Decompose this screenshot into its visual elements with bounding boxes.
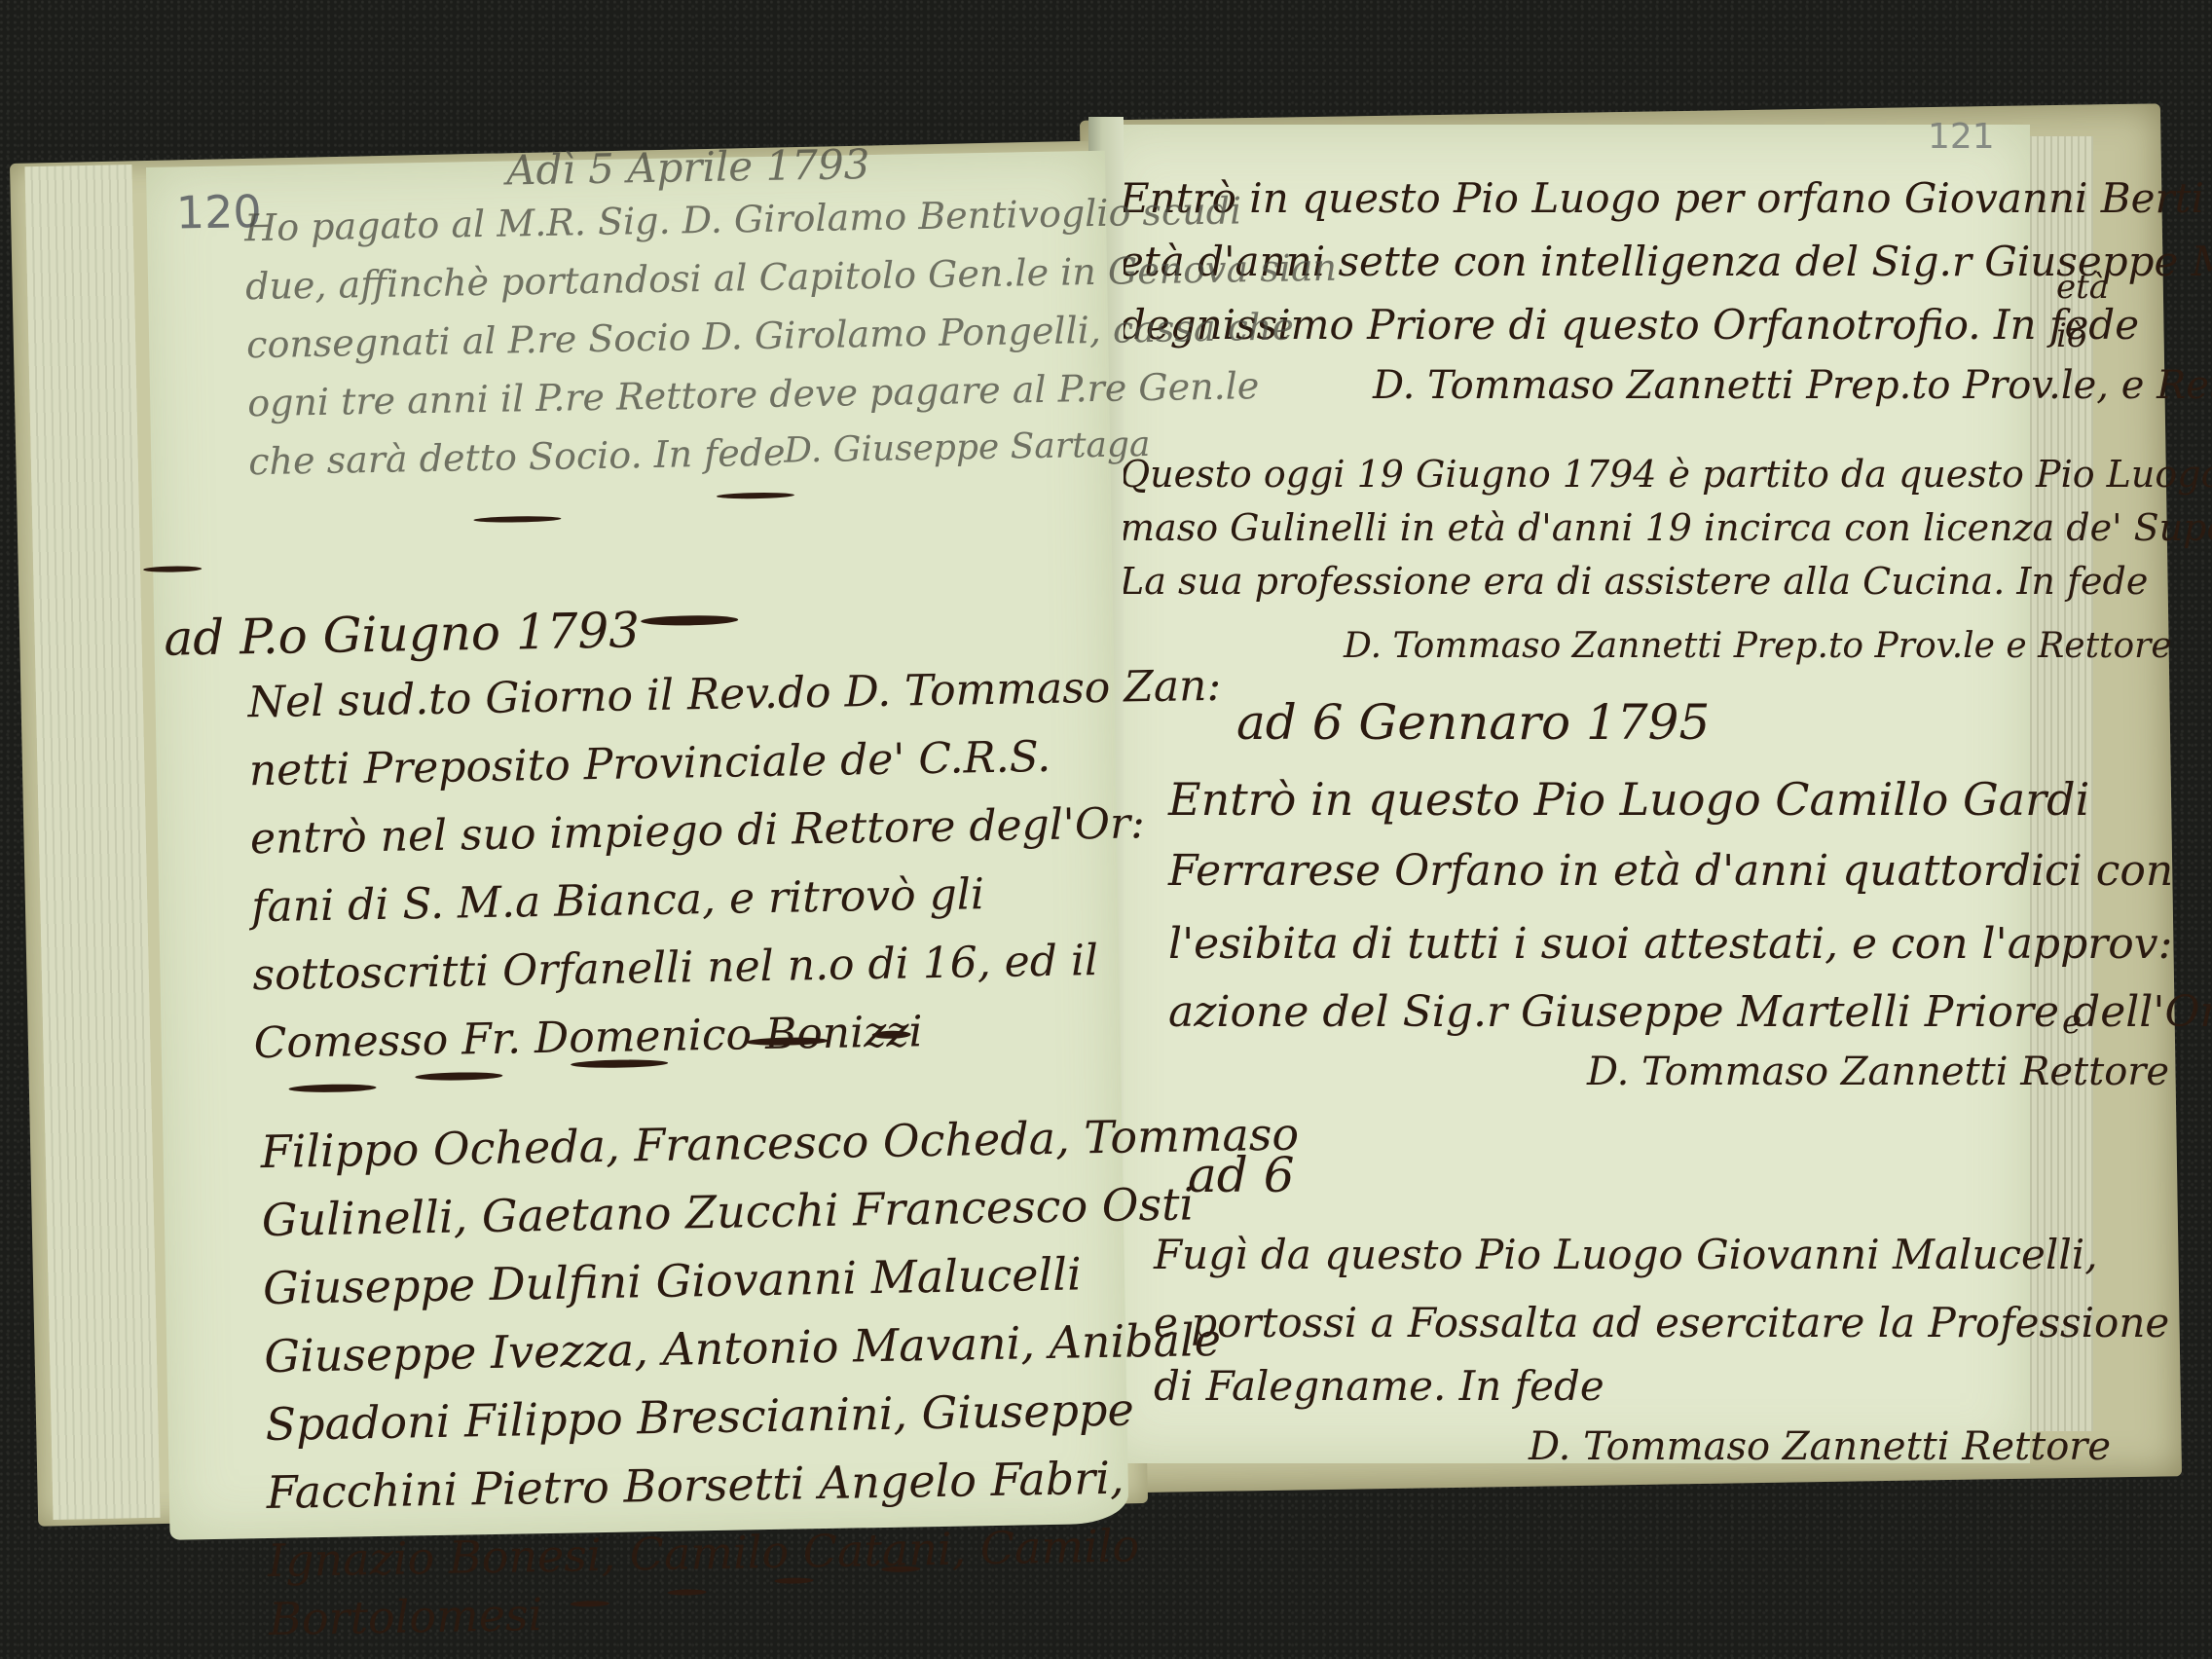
- page-number: 121: [1928, 117, 1995, 157]
- flourish-rule: [774, 1577, 813, 1584]
- text-line: maso Gulinelli in età d'anni 19 incirca …: [1120, 509, 2212, 546]
- list-item: Gulinelli, Gaetano Zucchi Francesco Osti: [261, 1181, 1194, 1242]
- text-line: Ho pagato al M.R. Sig. D. Girolamo Benti…: [244, 192, 1242, 246]
- list-item: Ignazio Bonesi, Camilo Catani, Camilo: [268, 1523, 1140, 1583]
- text-line: Entrò in questo Pio Luogo Camillo Gardi: [1168, 777, 2089, 822]
- text-line: Ferrarese Orfano in età d'anni quattordi…: [1168, 850, 2173, 893]
- text-line: azione del Sig.r Giuseppe Martelli Prior…: [1168, 991, 2212, 1034]
- text-line: l'esibita di tutti i suoi attestati, e c…: [1168, 923, 2172, 966]
- signature: D. Tommaso Zannetti Prep.to Prov.le, e R…: [1373, 363, 2212, 408]
- margin-note: iò: [2056, 316, 2086, 355]
- text-line: Nel sud.to Giorno il Rev.do D. Tommaso Z…: [247, 665, 1221, 724]
- list-item: Giuseppe Ivezza, Antonio Mavani, Anibale: [264, 1317, 1221, 1379]
- date-heading: ad 6 Gennaro 1795: [1236, 694, 1710, 751]
- text-line: di Falegname. In fede: [1154, 1366, 1604, 1407]
- list-item: Facchini Pietro Borsetti Angelo Fabri,: [266, 1456, 1124, 1515]
- signature: D. Giuseppe Sartaga: [784, 427, 1151, 469]
- flourish-rule: [143, 566, 202, 572]
- signature: D. Tommaso Zannetti Rettore: [1529, 1424, 2111, 1469]
- flourish-rule: [717, 492, 794, 498]
- text-line: Questo oggi 19 Giugno 1794 è partito da …: [1120, 456, 2212, 493]
- flourish-rule: [415, 1072, 502, 1082]
- text-line: Entrò in questo Pio Luogo per orfano Gio…: [1120, 178, 2212, 219]
- flourish-rule: [641, 614, 738, 626]
- text-line: ogni tre anni il P.re Rettore deve pagar…: [247, 367, 1260, 422]
- text-line: La sua professione era di assistere alla…: [1120, 563, 2148, 600]
- list-item: Bortolomesi: [269, 1592, 543, 1641]
- text-line: fani di S. M.a Bianca, e ritrovò gli: [251, 873, 984, 929]
- signature: D. Tommaso Zannetti Prep.to Prov.le e Re…: [1344, 626, 2172, 666]
- text-line: che sarà detto Socio. In fede: [248, 434, 786, 481]
- text-line: entrò nel suo impiego di Rettore degl'Or…: [250, 802, 1146, 861]
- date-heading: ad P.o Giugno 1793: [164, 602, 641, 667]
- list-item: Giuseppe Dulfini Giovanni Malucelli: [263, 1251, 1082, 1310]
- margin-note: età: [2056, 268, 2109, 307]
- text-line: Fugì da questo Pio Luogo Giovanni Maluce…: [1154, 1235, 2098, 1275]
- flourish-rule: [473, 516, 561, 524]
- signature: D. Tommaso Zannetti Rettore: [1587, 1050, 2169, 1094]
- left-page: 120 Adì 5 Aprile 1793 Ho pagato al M.R. …: [146, 151, 1128, 1540]
- list-item: Spadoni Filippo Brescianini, Giuseppe: [265, 1386, 1134, 1447]
- text-line: sottoscritti Orfanelli nel n.o di 16, ed…: [252, 940, 1098, 997]
- flourish-rule: [668, 1589, 707, 1596]
- text-line: e portossi a Fossalta ad esercitare la P…: [1154, 1303, 2169, 1344]
- text-line: netti Preposito Provinciale de' C.R.S.: [248, 736, 1051, 793]
- flourish-rule: [288, 1084, 376, 1093]
- flourish-rule: [571, 1601, 609, 1607]
- date-heading: Adì 5 Aprile 1793: [506, 140, 870, 195]
- margin-note: e: [2062, 1003, 2082, 1042]
